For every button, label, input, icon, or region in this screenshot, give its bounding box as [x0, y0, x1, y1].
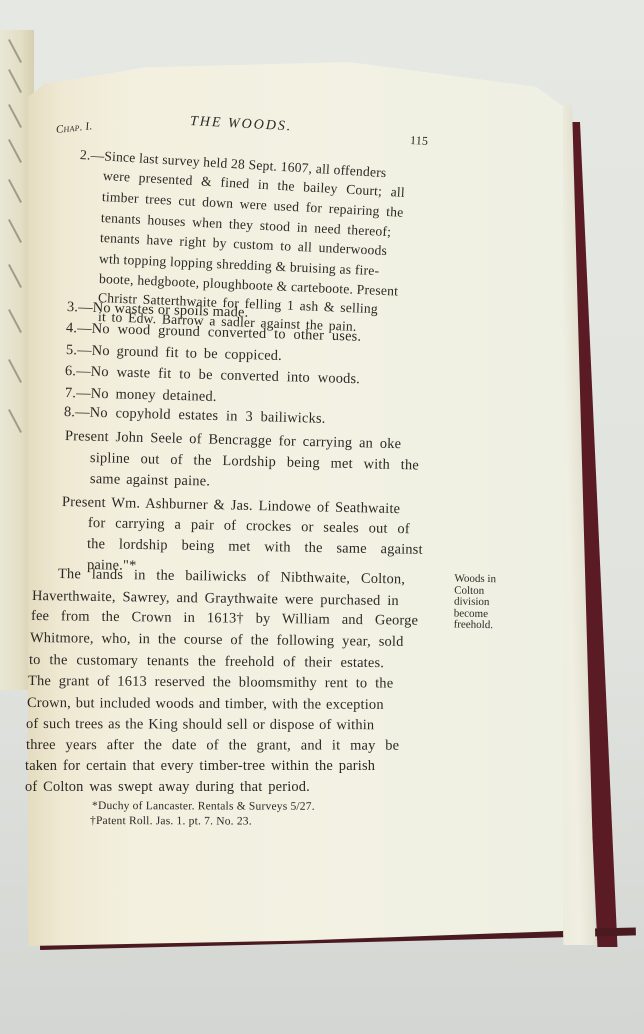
survey-item-5: 5.—No ground fit to be coppiced.: [66, 342, 282, 365]
page-number: 115: [410, 133, 429, 149]
footnote-duchy: *Duchy of Lancaster. Rentals & Surveys 5…: [92, 800, 315, 813]
running-head-chapter: Chap. I.: [55, 120, 92, 136]
footnote-patent-roll: †Patent Roll. Jas. 1. pt. 7. No. 23.: [90, 815, 252, 828]
page-text: Chap. I. THE WOODS. 115 2.—Since last su…: [0, 0, 644, 1034]
text-line: same against paine.: [90, 471, 210, 491]
text-line: to the customary tenants the freehold of…: [29, 652, 384, 672]
sidenote-line: freehold.: [454, 619, 514, 632]
text-line: fee from the Crown in 1613† by William a…: [31, 608, 418, 630]
survey-item-8: 8.—No copyhold estates in 3 bailiwicks.: [64, 404, 326, 428]
text-line: of Colton was swept away during that per…: [25, 779, 310, 796]
text-line: of such trees as the King should sell or…: [26, 716, 374, 734]
text-line: Present Wm. Ashburner & Jas. Lindowe of …: [62, 494, 401, 518]
text-line: for carrying a pair of crockes or seales…: [88, 515, 410, 538]
text-line: taken for certain that every timber-tree…: [25, 758, 375, 775]
text-line: Haverthwaite, Sawrey, and Graythwaite we…: [32, 588, 399, 610]
text-line: The lands in the bailiwicks of Nibthwait…: [58, 566, 405, 588]
book-photo: Chap. I. THE WOODS. 115 2.—Since last su…: [0, 0, 644, 1034]
text-line: Crown, but included woods and timber, wi…: [27, 695, 384, 714]
survey-item-6: 6.—No waste fit to be converted into woo…: [65, 363, 361, 388]
text-line: three years after the date of the grant,…: [26, 737, 399, 755]
text-line: Whitmore, who, in the course of the foll…: [30, 630, 404, 651]
survey-item-7: 7.—No money detained.: [65, 385, 217, 406]
text-line: the lordship being met with the same aga…: [87, 536, 423, 559]
running-head-title: THE WOODS.: [190, 114, 293, 135]
margin-sidenote: Woods in Colton division become freehold…: [454, 573, 515, 632]
text-line: Present John Seele of Bencragge for carr…: [65, 428, 402, 453]
text-line: sipline out of the Lordship being met wi…: [90, 450, 419, 474]
text-line: The grant of 1613 reserved the bloomsmit…: [28, 673, 393, 693]
